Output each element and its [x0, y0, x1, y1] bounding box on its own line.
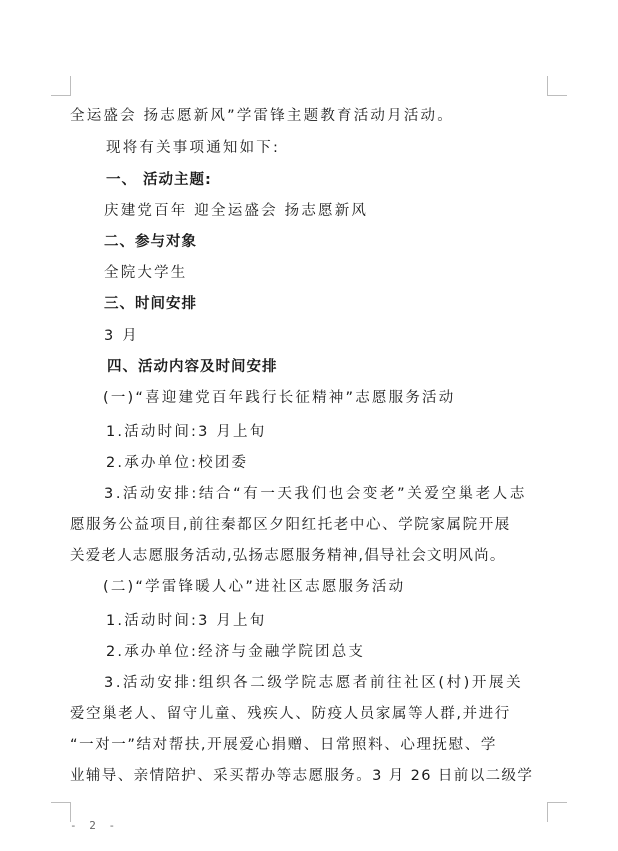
- host-unit: 2.承办单位:校团委: [106, 453, 248, 473]
- corner-mark-top-right-v: [547, 76, 548, 95]
- activity-time: 1.活动时间:3 月上旬: [106, 611, 266, 631]
- activity-plan-cont: 爱空巢老人、留守儿童、残疾人、防疫人员家属等人群,并进行: [70, 704, 511, 724]
- corner-mark-top-left-v: [70, 76, 71, 95]
- activity-plan-cont: 愿服务公益项目,前往秦都区夕阳红托老中心、学院家属院开展: [70, 515, 511, 535]
- activity-time: 1.活动时间:3 月上旬: [106, 422, 266, 442]
- corner-mark-top-right-h: [547, 95, 567, 96]
- schedule-text: 3 月: [104, 326, 139, 346]
- host-unit: 2.承办单位:经济与金融学院团总支: [106, 642, 365, 662]
- activity-plan-cont: 关爱老人志愿服务活动,弘扬志愿服务精神,倡导社会文明风尚。: [70, 546, 506, 566]
- corner-mark-bottom-right-v: [547, 802, 548, 822]
- activity-plan: 3.活动安排:结合“有一天我们也会变老”关爱空巢老人志: [104, 484, 527, 504]
- paragraph-line: 全运盛会 扬志愿新风”学雷锋主题教育活动月活动。: [70, 106, 454, 126]
- subsection-heading-1: (一)“喜迎建党百年践行长征精神”志愿服务活动: [103, 388, 455, 408]
- corner-mark-bottom-left-h: [51, 802, 71, 803]
- section-heading-1: 一、 活动主题:: [106, 170, 212, 190]
- participants-text: 全院大学生: [104, 263, 188, 283]
- section-heading-3: 三、时间安排: [104, 294, 197, 314]
- page-number: - 2 -: [70, 819, 118, 832]
- activity-plan-cont: “一对一”结对帮扶,开展爱心捐赠、日常照料、心理抚慰、学: [70, 735, 497, 755]
- section-heading-4: 四、活动内容及时间安排: [107, 357, 278, 377]
- corner-mark-bottom-right-h: [547, 802, 567, 803]
- section-heading-2: 二、参与对象: [104, 232, 197, 252]
- activity-plan: 3.活动安排:组织各二级学院志愿者前往社区(村)开展关: [104, 673, 523, 693]
- subsection-heading-2: (二)“学雷锋暖人心”进社区志愿服务活动: [103, 577, 405, 597]
- activity-plan-cont: 业辅导、亲情陪护、采买帮办等志愿服务。3 月 26 日前以二级学: [70, 766, 533, 786]
- theme-text: 庆建党百年 迎全运盛会 扬志愿新风: [104, 201, 368, 221]
- paragraph-line: 现将有关事项通知如下:: [106, 138, 280, 158]
- corner-mark-top-left-h: [51, 95, 71, 96]
